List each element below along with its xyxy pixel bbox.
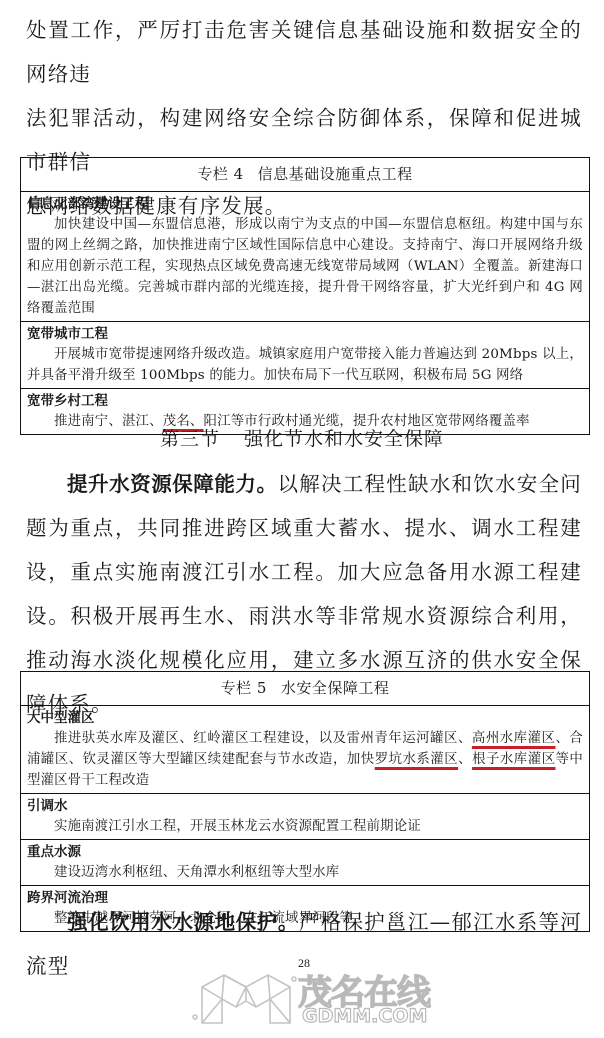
paragraph-lead: 提升水资源保障能力。 bbox=[67, 472, 278, 496]
box-4-title-text: 信息基础设施重点工程 bbox=[258, 165, 413, 183]
watermark-domain-text: GDMM.COM bbox=[302, 1005, 427, 1027]
section-heading: 宽带城市工程 bbox=[27, 324, 583, 344]
section-heading: 引调水 bbox=[27, 796, 583, 816]
section-text: 实施南渡江引水工程，开展玉林龙云水资源配置工程前期论证 bbox=[27, 816, 583, 837]
section-heading: 信息北部湾建设工程 bbox=[27, 194, 583, 214]
box-4-infrastructure-table: 专栏 4信息基础设施重点工程 信息北部湾建设工程 加快建设中国—东盟信息港，形成… bbox=[20, 157, 590, 435]
paragraph-lead: 强化饮用水水源地保护。 bbox=[67, 910, 299, 934]
section-heading: 宽带乡村工程 bbox=[27, 391, 583, 411]
highlighted-genzi-reservoir: 根子水库灌区 bbox=[472, 752, 555, 767]
section-number: 第三节 bbox=[160, 428, 220, 450]
box-4-section-broadband-city: 宽带城市工程 开展城市宽带提速网络升级改造。城镇家庭用户宽带接入能力普遍达到 2… bbox=[21, 322, 589, 389]
text-segment: 推进驮英水库及灌区、红岭灌区工程建设，以及雷州青年运河罐区、 bbox=[54, 731, 472, 746]
box-4-title-prefix: 专栏 4 bbox=[197, 165, 243, 183]
highlighted-gaozhou-reservoir: 高州水库灌区 bbox=[472, 731, 556, 746]
box-5-title: 专栏 5水安全保障工程 bbox=[21, 672, 589, 706]
section-heading: 重点水源 bbox=[27, 842, 583, 862]
text-segment: 、 bbox=[458, 752, 472, 767]
box-5-section-water-diversion: 引调水 实施南渡江引水工程，开展玉林龙云水资源配置工程前期论证 bbox=[21, 794, 589, 840]
box-5-title-prefix: 专栏 5 bbox=[221, 679, 267, 697]
box-5-title-text: 水安全保障工程 bbox=[281, 679, 390, 697]
box-4-title: 专栏 4信息基础设施重点工程 bbox=[21, 158, 589, 192]
intro-line-1: 处置工作，严厉打击危害关键信息基础设施和数据安全的网络违 bbox=[26, 8, 582, 96]
highlighted-luokeng-water-system: 罗坑水系灌区 bbox=[375, 752, 458, 767]
section-heading: 大中型灌区 bbox=[27, 708, 583, 728]
section-title: 强化节水和水安全保障 bbox=[244, 428, 444, 450]
section-3-heading: 第三节强化节水和水安全保障 bbox=[0, 424, 604, 454]
section-text: 加快建设中国—东盟信息港，形成以南宁为支点的中国—东盟信息枢纽。构建中国与东盟的… bbox=[27, 214, 583, 319]
box-5-section-key-water-sources: 重点水源 建设迈湾水利枢纽、天角潭水利枢纽等大型水库 bbox=[21, 840, 589, 886]
polygon-m-logo-icon bbox=[190, 965, 300, 1027]
box-5-water-security-table: 专栏 5水安全保障工程 大中型灌区 推进驮英水库及灌区、红岭灌区工程建设，以及雷… bbox=[20, 671, 590, 932]
box-4-section-beibu-gulf: 信息北部湾建设工程 加快建设中国—东盟信息港，形成以南宁为支点的中国—东盟信息枢… bbox=[21, 192, 589, 322]
watermark: 茂名在线 GDMM.COM bbox=[190, 965, 430, 1025]
section-text: 建设迈湾水利枢纽、天角潭水利枢纽等大型水库 bbox=[27, 862, 583, 883]
box-5-section-irrigation: 大中型灌区 推进驮英水库及灌区、红岭灌区工程建设，以及雷州青年运河罐区、高州水库… bbox=[21, 706, 589, 794]
section-text: 推进驮英水库及灌区、红岭灌区工程建设，以及雷州青年运河罐区、高州水库灌区、合浦罐… bbox=[27, 728, 583, 791]
section-text: 开展城市宽带提速网络升级改造。城镇家庭用户宽带接入能力普遍达到 20Mbps 以… bbox=[27, 344, 583, 386]
